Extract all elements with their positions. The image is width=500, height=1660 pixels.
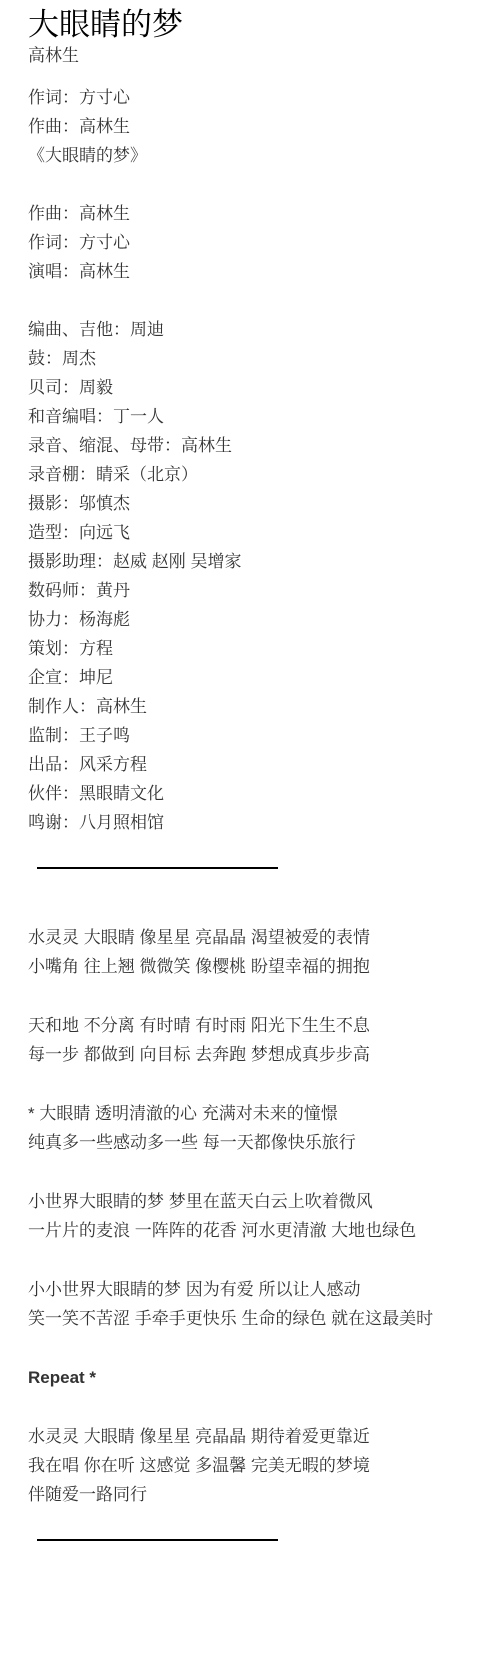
divider-bottom	[37, 1539, 278, 1541]
credits-production: 编曲、吉他：周迪鼓：周杰贝司：周毅和音编唱：丁一人录音、缩混、母带：高林生录音棚…	[28, 315, 500, 837]
lyric-stanza: 水灵灵 大眼睛 像星星 亮晶晶 期待着爱更靠近我在唱 你在听 这感觉 多温馨 完…	[28, 1422, 500, 1509]
lyric-line: 纯真多一些感动多一些 每一天都像快乐旅行	[28, 1128, 500, 1157]
lyric-line: Repeat *	[28, 1363, 500, 1392]
lyric-line: 每一步 都做到 向目标 去奔跑 梦想成真步步高	[28, 1040, 500, 1069]
credit-line: 数码师：黄丹	[28, 576, 500, 605]
lyrics-page: 大眼睛的梦 高林生 作词：方寸心作曲：高林生《大眼睛的梦》 作曲：高林生作词：方…	[0, 0, 500, 1541]
credit-line: 摄影助理：赵威 赵刚 吴增家	[28, 547, 500, 576]
credit-line: 贝司：周毅	[28, 373, 500, 402]
lyric-line: 我在唱 你在听 这感觉 多温馨 完美无暇的梦境	[28, 1451, 500, 1480]
lyric-stanza: 小小世界大眼睛的梦 因为有爱 所以让人感动笑一笑不苦涩 手牵手更快乐 生命的绿色…	[28, 1275, 500, 1333]
lyric-line: 水灵灵 大眼睛 像星星 亮晶晶 期待着爱更靠近	[28, 1422, 500, 1451]
credit-line: 鼓：周杰	[28, 344, 500, 373]
credit-line: 监制：王子鸣	[28, 721, 500, 750]
lyric-line: 伴随爱一路同行	[28, 1480, 500, 1509]
credit-line: 作词：方寸心	[28, 83, 500, 112]
credit-line: 伙伴：黑眼睛文化	[28, 779, 500, 808]
lyric-line: 小世界大眼睛的梦 梦里在蓝天白云上吹着微风	[28, 1187, 500, 1216]
artist-name: 高林生	[28, 43, 500, 69]
credit-line: 编曲、吉他：周迪	[28, 315, 500, 344]
lyric-line: 小嘴角 往上翘 微微笑 像樱桃 盼望幸福的拥抱	[28, 952, 500, 981]
lyric-stanza: * 大眼睛 透明清澈的心 充满对未来的憧憬纯真多一些感动多一些 每一天都像快乐旅…	[28, 1099, 500, 1157]
credit-line: 作曲：高林生	[28, 112, 500, 141]
credit-line: 摄影：邬慎杰	[28, 489, 500, 518]
lyric-stanza: 天和地 不分离 有时晴 有时雨 阳光下生生不息每一步 都做到 向目标 去奔跑 梦…	[28, 1011, 500, 1069]
credits-primary: 作词：方寸心作曲：高林生《大眼睛的梦》	[28, 83, 500, 170]
lyric-line: 水灵灵 大眼睛 像星星 亮晶晶 渴望被爱的表情	[28, 923, 500, 952]
credit-line: 录音、缩混、母带：高林生	[28, 431, 500, 460]
lyric-stanza: 小世界大眼睛的梦 梦里在蓝天白云上吹着微风一片片的麦浪 一阵阵的花香 河水更清澈…	[28, 1187, 500, 1245]
credit-line: 出品：风采方程	[28, 750, 500, 779]
lyric-line: 天和地 不分离 有时晴 有时雨 阳光下生生不息	[28, 1011, 500, 1040]
divider-top	[37, 867, 278, 869]
song-title: 大眼睛的梦	[28, 6, 500, 43]
lyric-stanza: 水灵灵 大眼睛 像星星 亮晶晶 渴望被爱的表情小嘴角 往上翘 微微笑 像樱桃 盼…	[28, 923, 500, 981]
credit-line: 鸣谢：八月照相馆	[28, 808, 500, 837]
lyric-line: 小小世界大眼睛的梦 因为有爱 所以让人感动	[28, 1275, 500, 1304]
credit-line: 作词：方寸心	[28, 228, 500, 257]
credit-line: 和音编唱：丁一人	[28, 402, 500, 431]
credits-secondary: 作曲：高林生作词：方寸心演唱：高林生	[28, 199, 500, 286]
lyric-line: * 大眼睛 透明清澈的心 充满对未来的憧憬	[28, 1099, 500, 1128]
credit-line: 策划：方程	[28, 634, 500, 663]
lyric-line: 一片片的麦浪 一阵阵的花香 河水更清澈 大地也绿色	[28, 1216, 500, 1245]
credit-line: 造型：向远飞	[28, 518, 500, 547]
credit-line: 协力：杨海彪	[28, 605, 500, 634]
lyrics-section: 水灵灵 大眼睛 像星星 亮晶晶 渴望被爱的表情小嘴角 往上翘 微微笑 像樱桃 盼…	[28, 923, 500, 1509]
credit-line: 《大眼睛的梦》	[28, 141, 500, 170]
credit-line: 企宣：坤尼	[28, 663, 500, 692]
lyric-line: 笑一笑不苦涩 手牵手更快乐 生命的绿色 就在这最美时	[28, 1304, 500, 1333]
credit-line: 作曲：高林生	[28, 199, 500, 228]
credit-line: 演唱：高林生	[28, 257, 500, 286]
lyric-stanza: Repeat *	[28, 1363, 500, 1392]
credit-line: 录音棚：睛采（北京）	[28, 460, 500, 489]
credit-line: 制作人：高林生	[28, 692, 500, 721]
